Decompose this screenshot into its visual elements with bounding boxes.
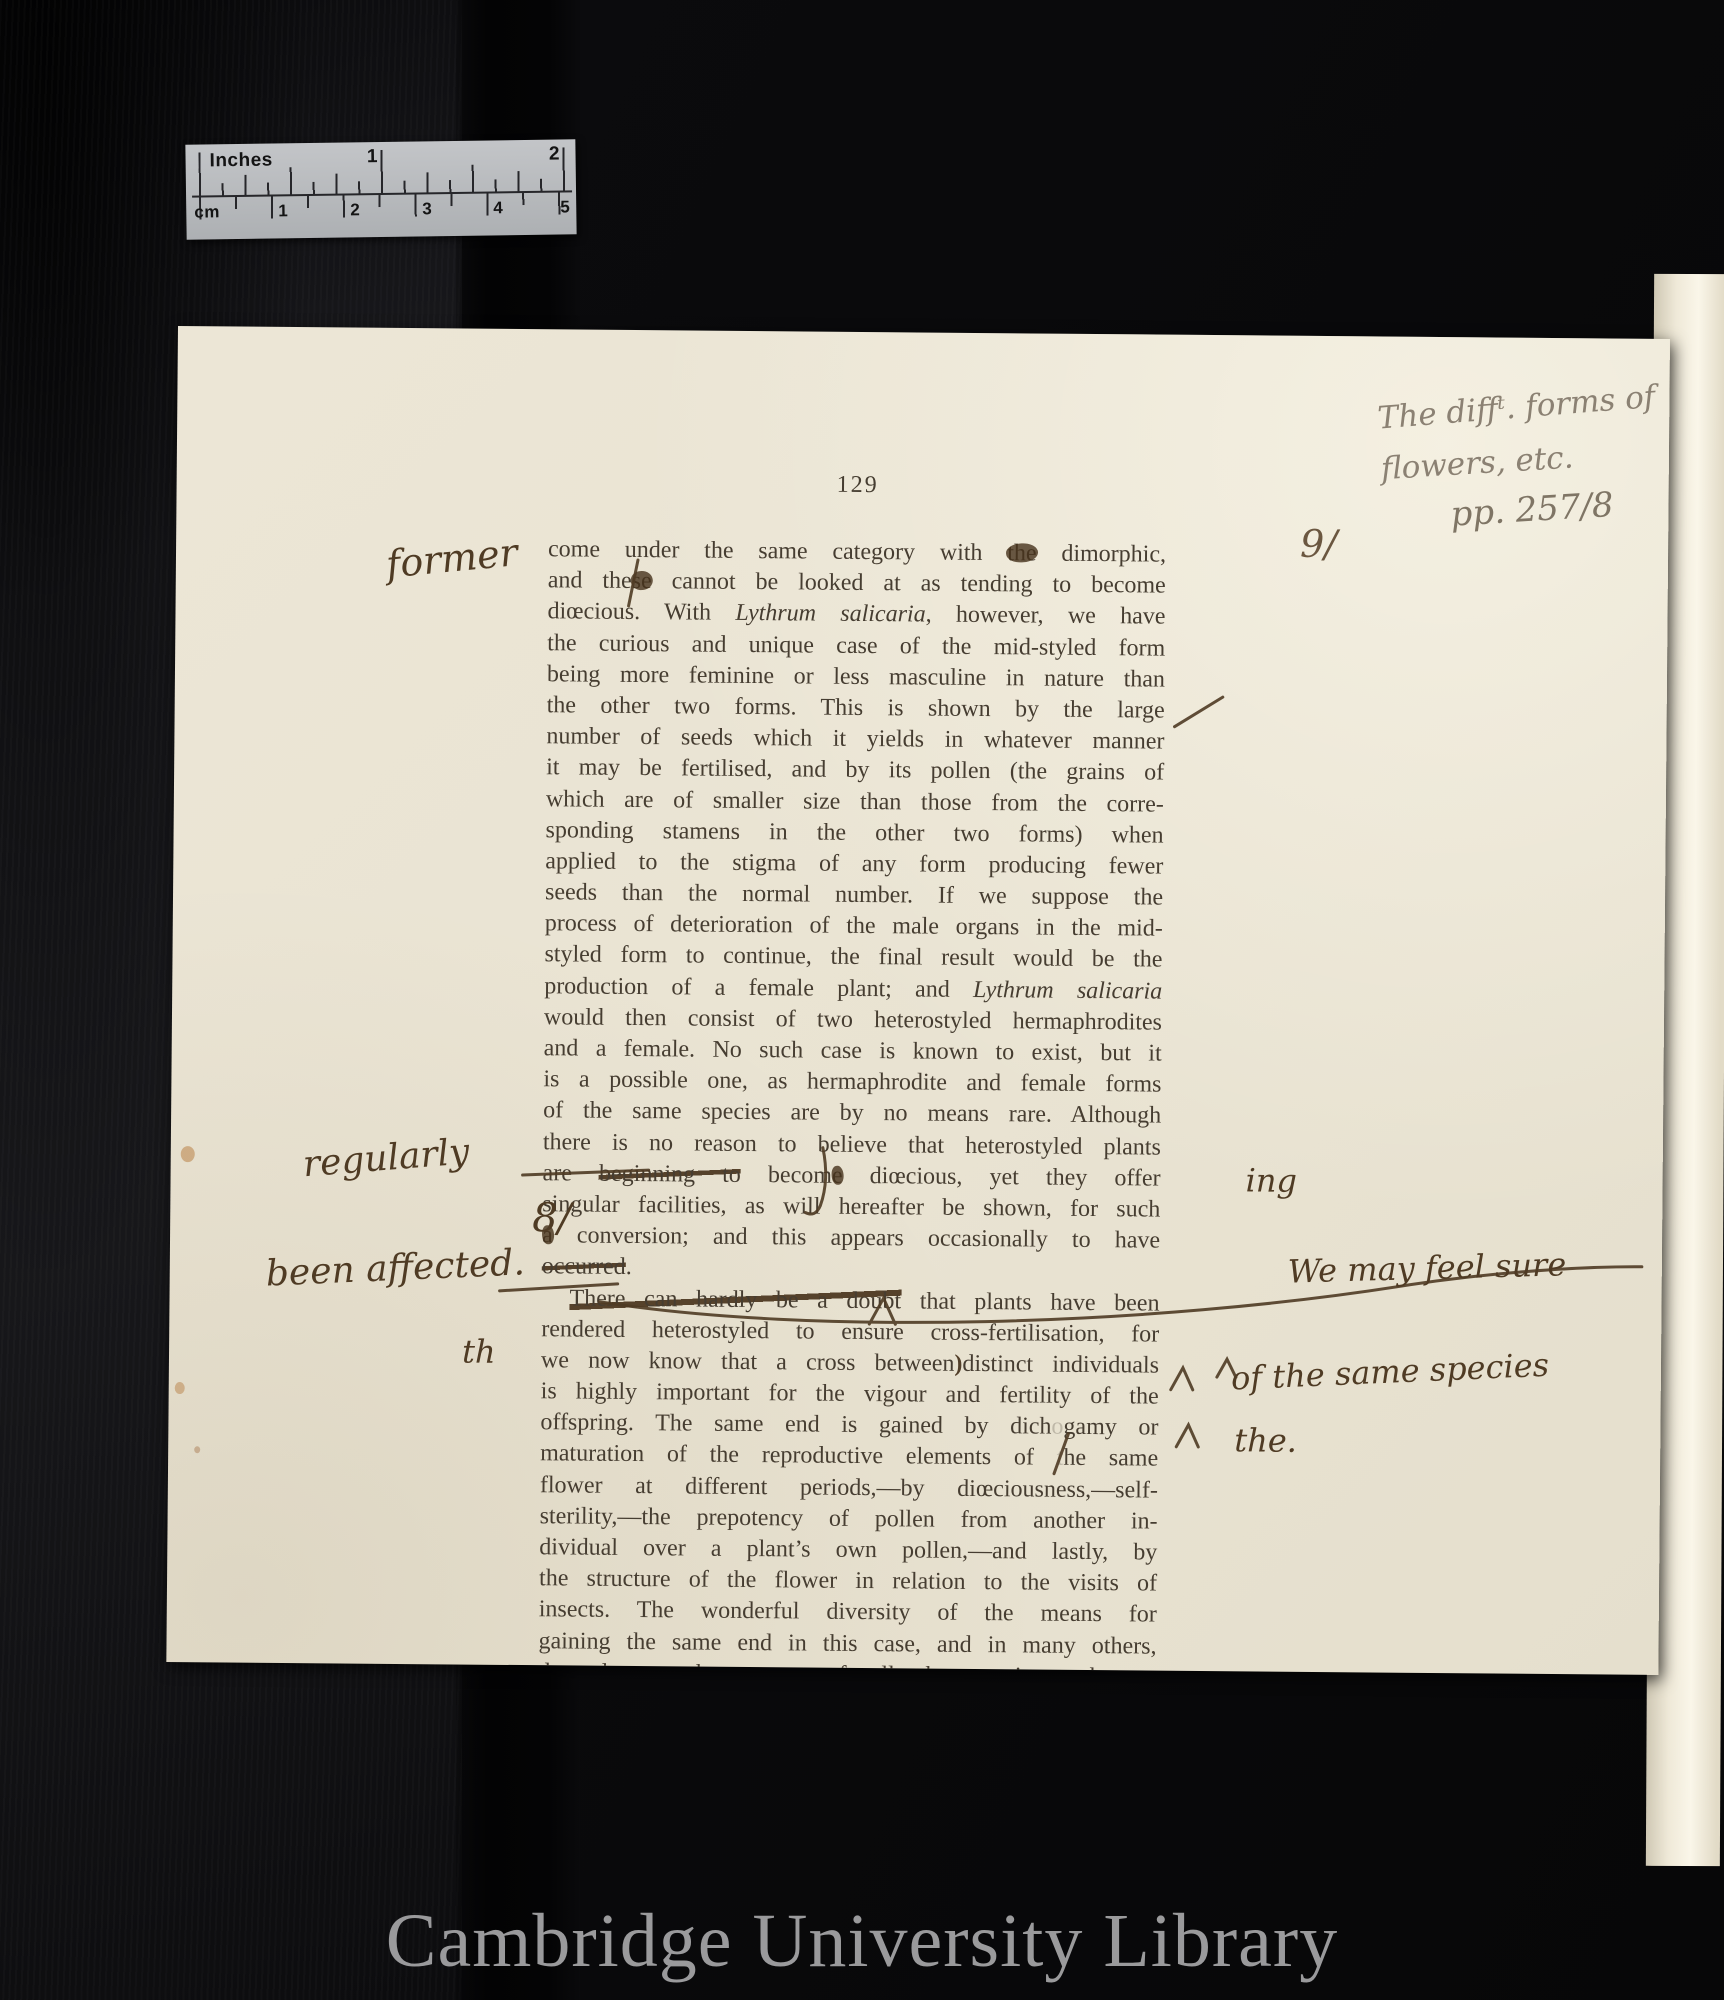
text-line: styled form to continue, the final resul… <box>544 940 1162 977</box>
text-line: There can hardly be a doubt that plants … <box>541 1283 1159 1320</box>
ruler-cm-label: cm <box>194 202 220 222</box>
text-line: there is no reason to believe that heter… <box>543 1127 1161 1164</box>
text-line: a conversion; and this appears occasiona… <box>542 1220 1160 1257</box>
ruler-cm-number: 1 <box>278 201 288 221</box>
annotation-we-may-feel-sure: We may feel sure <box>1287 1245 1566 1290</box>
measuring-ruler: Inches 1 2 cm 1 2 3 4 5 <box>185 139 576 239</box>
ruler-cm-number: 2 <box>350 200 360 220</box>
dele-mark-top-right: 9/ <box>1300 522 1337 566</box>
ruler-inches-label: Inches <box>209 150 273 173</box>
text-line: sponding stamens in the other two forms)… <box>545 815 1163 852</box>
pen-stroke-after-large <box>1175 697 1223 727</box>
manuscript-page: 129 come under the same category with th… <box>166 326 1670 1675</box>
annotation-title-line1: The diffᵗ. forms of <box>1376 379 1656 437</box>
text-line: of the same species are by no means rare… <box>543 1096 1161 1133</box>
ruler-cm-ticks <box>199 192 569 219</box>
text-line: diœcious. With Lythrum salicaria, howeve… <box>547 597 1165 634</box>
annotation-th: th <box>462 1333 496 1371</box>
text-line: it may be fertilised, and by its pollen … <box>546 753 1164 790</box>
annotation-the: the. <box>1234 1421 1297 1460</box>
annotation-title-line2: flowers, etc. <box>1380 439 1575 487</box>
annotation-pages-ref: pp. 257/8 <box>1449 485 1614 535</box>
text-line: rendered heterostyled to ensure cross-fe… <box>541 1314 1159 1351</box>
annotation-been-affected: been affected. <box>265 1242 526 1294</box>
text-line: gaining the same end in this case, and i… <box>538 1626 1156 1663</box>
ruler-cm-number: 5 <box>560 197 570 217</box>
text-line: insects. The wonderful diversity of the … <box>539 1595 1157 1632</box>
text-line: which are of smaller size than those fro… <box>546 784 1164 821</box>
ruler-cm-number: 3 <box>422 199 432 219</box>
annotation-of-the-same-species: of the same species <box>1230 1346 1550 1398</box>
foxing-spot <box>194 1446 200 1453</box>
text-line: flower at different periods,—by diœcious… <box>540 1470 1158 1507</box>
text-line: production of a female plant; and Lythru… <box>544 971 1162 1008</box>
pen-caret-after-or <box>1176 1425 1198 1447</box>
annotation-former: former <box>384 530 519 586</box>
foxing-spot <box>175 1382 185 1394</box>
text-line: maturation of the reproductive elements … <box>540 1439 1158 1476</box>
dele-mark-left: 8/ <box>532 1195 571 1241</box>
ruler-inch-number: 2 <box>527 144 559 166</box>
ruler-cm-number: 4 <box>493 198 503 218</box>
text-line: the curious and unique case of the mid-s… <box>547 628 1165 665</box>
photograph-of-annotated-page: Inches 1 2 cm 1 2 3 4 5 129 come under t… <box>0 0 1724 2000</box>
page-number: 129 <box>549 469 1167 501</box>
library-watermark: Cambridge University Library <box>0 1898 1724 1985</box>
ruler-inch-number: 1 <box>345 146 377 168</box>
annotation-ing: ing <box>1245 1161 1297 1199</box>
foxing-spot <box>181 1146 195 1162</box>
annotation-regularly: regularly <box>301 1131 470 1185</box>
pen-caret-after-individuals <box>1171 1368 1193 1390</box>
printed-text-column: come under the same category with the di… <box>538 534 1166 1675</box>
